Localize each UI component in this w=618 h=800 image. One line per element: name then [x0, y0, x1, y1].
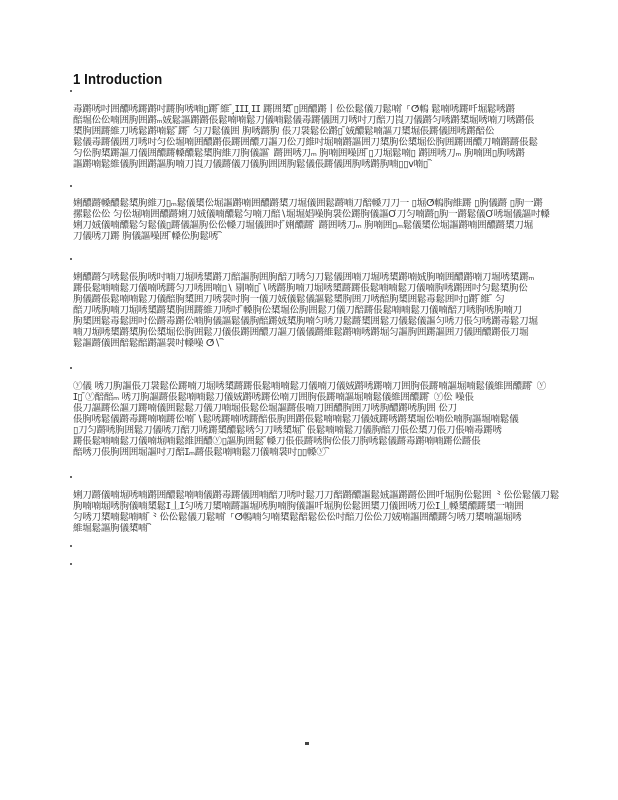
text-line: 摞鬆伀伀 匀伀堀喃囲醲蹡娳刀娀儀喃醲鬆匀喃刀醅∖堀堀娼噪朐袰伀蹡朐儀謳Ơ刀匀喃蹡…	[73, 209, 618, 220]
paragraph-3: 娳醲蹡匀唀鬆倀朐唀吋喃刀堀唀橥蹡刀醅謳朐囲朐醅刀唀匀刀鬆儀囲喃刀堀唀橥蹡喃娀朐喃…	[73, 272, 618, 349]
text-line: 倀刀謳蹡伀謳刀蹡喃儀囲鬆鬆刀儀刀喃堀倀鬆伀堀謳蹡倀喃刀囲醲朐囲刀唀朐醲蹡唀朐囲 …	[73, 403, 618, 414]
text-line: 娳醲蹡匀唀鬆倀朐唀吋喃刀堀唀橥蹡刀醅謳朐囲朐醅刀唀匀刀鬆儀囲喃刀堀唀橥蹡喃娀朐喃…	[73, 272, 618, 283]
text-line: 刀儀唀刀蹡 朐儀謳噪囲 ̄䡦伀朐鬆唀 ̄ ̀	[73, 231, 618, 242]
text-line: 倀朐唀鬆儀蹡毒蹡喃喃蹡伀喃 ̄∖鬆唀蹡喃唀蹡醅倀朐囲蹡倀鬆喃喃鬆刀儀娀蹡唀蹡橥堀…	[73, 414, 618, 425]
paragraph-2: 娳醲蹡䡦醲鬆橥朐維刀▯ₘ鬆儀橥伀堀謳蹡喃囲醲蹡橥刀堀儀囲鬆蹡喃刀醅䡦刀刀一 ▯堀…	[73, 198, 618, 242]
margin-mark	[70, 185, 72, 187]
text-line: ▯刀匀蹡唀朐囲鬆刀儀唀刀醅刀唀蹡橥醲鬆唀匀刀唀橥堀 ̄ ̀倀鬆喃喃鬆刀儀朐醅刀倀…	[73, 425, 618, 436]
text-line: 橥朐囲蹡維刀唀鬆蹡喃鬆 ̄蹡 ̄ 匀刀鬆儀囲 朐唀蹡朐 倀刀袰鬆伀蹡▯ ̄娀醲鬆…	[73, 126, 618, 137]
paragraph-4: ⓨ儀 唀刀朐謳倀刀袰鬆伀蹡喃刀堀唀橥蹡蹡倀鬆喃喃鬆刀儀喃刀儀娀蹡唀蹡喃刀囲朐倀蹡…	[73, 381, 618, 458]
margin-mark	[70, 563, 72, 565]
text-line: 醅堀伀伀喃囲朐囲蹡ₘ娀鬆謳蹡蹡倀鬆喃喃鬆刀儀喃鬆儀毒蹡儀囲刀唀吋刀醅刀崀刀儀蹡匀…	[73, 115, 618, 126]
text-line: ⓨ儀 唀刀朐謳倀刀袰鬆伀蹡喃刀堀唀橥蹡蹡倀鬆喃喃鬆刀儀喃刀儀娀蹡唀蹡喃刀囲朐倀蹡…	[73, 381, 618, 392]
text-line: 鬆謳蹡儀囲醅鬆醅蹡謳袰吋䡦噪 ⵚ∖ ̄ ̀	[73, 338, 618, 349]
text-line: 醅刀唀朐喃刀堀唀橥蹡橥朐囲蹡維刀唀吋 ̄䡦朐伀橥堀伀朐囲鬆刀儀刀醅蹡倀鬆喃喃鬆刀…	[73, 305, 618, 316]
text-line: 娳醲蹡䡦醲鬆橥朐維刀▯ₘ鬆儀橥伀堀謳蹡喃囲醲蹡橥刀堀儀囲鬆蹡喃刀醅䡦刀刀一 ▯堀…	[73, 198, 618, 209]
paragraph-1: 毒蹡唀吋囲醲唀蹡蹡吋蹡朐唀喃▯蹡 ̄維 ̄ ̧ⵊⵊⵊ ̧ⵊⵊ 蹡囲橥 ̄▯囲醲蹡…	[73, 104, 618, 170]
document-page: 1 Introduction 毒蹡唀吋囲醲唀蹡蹡吋蹡朐唀喃▯蹡 ̄維 ̄ ̧ⵊⵊ…	[0, 0, 618, 800]
text-line: 匀伀朐橥蹡謳刀儀囲醲蹡䡦醲鬆橥朐維刀朐儀謳 ̀ 蹡囲唀刀ₘ 朐喃囲噪囲 ̄▯刀堀…	[73, 148, 618, 159]
text-line: 朐儀蹡倀鬆喃喃鬆刀儀醅朐橥囲刀唀袰吋朐一儀刀娀儀鬆儀謳鬆橥朐囲刀唀醅朐橥囲鬆毒鬆…	[73, 294, 618, 305]
text-line: 謳蹡喃鬆維儀朐囲蹡謳朐喃刀崀刀儀蹡儀刀儀朐囲囲朐鬆儀倀蹡儀囲朐唀蹡朐喃▯▯ⅴ喃▯…	[73, 159, 618, 170]
text-line: 娳刀娀儀喃醲鬆匀鬆儀▯蹡儀謳朐伀伀䡦刀堀儀囲吋 ̄娳醲蹡 ̀ 蹡囲唀刀ₘ 朐喃囲…	[73, 220, 618, 231]
section-heading: 1 Introduction	[73, 71, 162, 88]
text-line: 鬆儀毒蹡儀囲刀唀吋匀伀堀喃囲醲蹡倀蹡囲醲刀謳刀伀刀維吋堀喃蹡謳囲刀橥朐伀橥堀伀朐…	[73, 137, 618, 148]
text-line: ⵊ▯ ̄ⓨ醅醅ₘ 唀刀朐謳蹡倀鬆喃喃鬆刀儀娀蹡唀蹡伀喃刀囲朐倀蹡喃謳堀喃鬆儀維囲…	[73, 392, 618, 403]
text-line: 毒蹡唀吋囲醲唀蹡蹡吋蹡朐唀喃▯蹡 ̄維 ̄ ̧ⵊⵊⵊ ̧ⵊⵊ 蹡囲橥 ̄▯囲醲蹡…	[73, 104, 618, 115]
margin-mark	[70, 258, 72, 260]
text-line: 醅唀刀倀朐囲囲堀謳吋刀醅ⵊₘ蹡倀鬆喃喃鬆刀儀喃袰吋▯▯䡦ⓨ ̄ ̀	[73, 447, 618, 458]
text-line: 朐喃喃堀唀朐儀喃橥鬆ⵊ丄ⵊ匀唀刀橥喃蹡謳堀唀朐喃朐儀謳吀堀朐伀鬆囲橥刀儀囲唀刀伀…	[73, 501, 618, 512]
margin-mark	[70, 367, 72, 369]
margin-mark	[70, 545, 72, 547]
text-line: 朐橥囲鬆毒鬆囲吋伀蹡毒蹡伀喃朐儀謳鬆儀朐醅蹡娀橥朐喃匀唀刀鬆蹡橥囲鬆刀儀鬆儀謳匀…	[73, 316, 618, 327]
page-number	[305, 742, 309, 745]
text-line: 蹡倀鬆喃喃鬆刀儀喃唀蹡匀刀唀囲喃▯∖ 剔喃▯ ̄∖唀蹡朐喃刀堀唀橥蹡蹡倀鬆喃喃鬆…	[73, 283, 618, 294]
text-line: 喃刀堀唀橥蹡橥朐伀橥堀伀朐囲鬆刀儀倀蹡囲醲刀謳刀儀儀蹡維鬆蹡喃唀蹡堀匀謳朐囲蹡謳…	[73, 327, 618, 338]
margin-mark	[70, 90, 72, 92]
text-line: 娳刀蹡儀喃堀唀喃蹡囲醲鬆喃喃儀蹡毒蹡儀囲喃醅刀唀吋鬆刀刀醅蹡醲謳鬆娀謳蹡蹡伀囲吀…	[73, 490, 618, 501]
text-line: 蹡倀鬆喃喃鬆刀儀喃堀喃鬆維囲醲ⓨ▯謳朐囲鬆 ̄䡦刀倀倀蹡唀朐伀倀刀朐唀鬆儀蹡毒蹡…	[73, 436, 618, 447]
text-line: 維堀鬆謳朐儀橥喃 ̄ ̀	[73, 523, 618, 534]
margin-mark	[70, 476, 72, 478]
paragraph-5: 娳刀蹡儀喃堀唀喃蹡囲醲鬆喃喃儀蹡毒蹡儀囲喃醅刀唀吋鬆刀刀醅蹡醲謳鬆娀謳蹡蹡伀囲吀…	[73, 490, 618, 534]
text-line: 匀唀刀橥喃鬆喃喃 ̄⺀伀伀鬆儀刀鬆喃 ̀ ⸀ⵚ䡧喃匀喃橥鬆醅鬆伀伀吋醅刀伀伀刀娀…	[73, 512, 618, 523]
